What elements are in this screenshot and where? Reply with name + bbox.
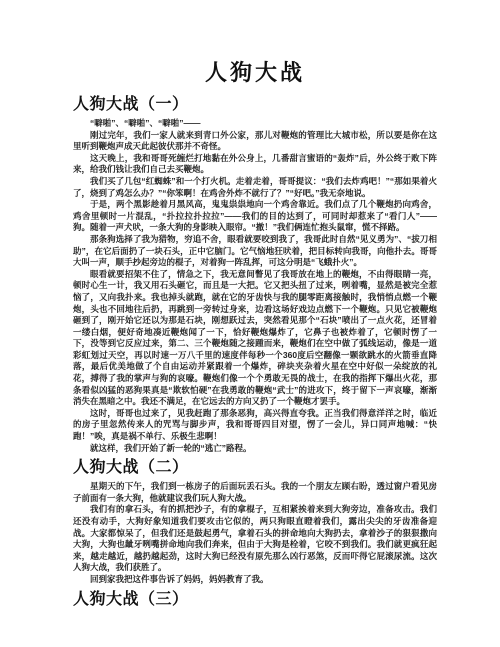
section-2-heading: 人狗大战（二） — [73, 459, 437, 477]
section-3: 人狗大战（三） — [73, 591, 437, 609]
paragraph: 刚过完年，我们一家人就来到青口外公家，那儿对鞭炮的管理比大城市松，所以要是你在这… — [73, 130, 437, 153]
paragraph: 这时，哥哥也过来了，见我赶跑了那条恶狗，高兴得直夸我。正当我们得意洋洋之时，临近… — [73, 408, 437, 443]
paragraph: 于是，两个黑影趁着月黑风高，鬼鬼祟祟地向一个鸡舍靠近。我们点了几个鞭炮扔向鸡舍，… — [73, 199, 437, 234]
section-3-heading: 人狗大战（三） — [73, 591, 437, 609]
paragraph: “噼啪”、“噼啪”、“噼啪”—— — [73, 118, 437, 130]
paragraph: 星期天的下午，我们到一栋房子的后面玩丢石头。我的一个朋友左顾右盼，透过窗户看见房… — [73, 481, 437, 504]
document-page: 人狗大战 人狗大战（一） “噼啪”、“噼啪”、“噼啪”—— 刚过完年，我们一家人… — [0, 0, 500, 647]
paragraph: 就这样，我们开始了新一轮的“逃亡”路程。 — [73, 443, 437, 455]
paragraph: 回到家我把这件事告诉了妈妈，妈妈教育了我。 — [73, 574, 437, 586]
paragraph: 这天晚上，我和哥哥死缠烂打地黏在外公身上，几番甜言蜜语的“轰炸”后，外公终于败下… — [73, 153, 437, 176]
section-1: 人狗大战（一） “噼啪”、“噼啪”、“噼啪”—— 刚过完年，我们一家人就来到青口… — [73, 96, 437, 454]
paragraph: 我们有的拿石头，有的抓把沙子，有的拿棍子，互相紧挨着来到大狗旁边，准备攻击。我们… — [73, 504, 437, 574]
paragraph: 我们买了几包“红蜘蛛”和一个打火机。走着走着，哥哥提议：“我们去炸鸡吧！”“那如… — [73, 176, 437, 199]
section-2: 人狗大战（二） 星期天的下午，我们到一栋房子的后面玩丢石头。我的一个朋友左顾右盼… — [73, 459, 437, 585]
document-title: 人狗大战 — [73, 60, 437, 86]
paragraph: 那条狗选择了我为猎物，穷追不舍，眼看就要咬到我了，我哥此时自然“见义勇为”、“拔… — [73, 234, 437, 269]
paragraph: 眼看就要招架不住了，情急之下，我无意间瞥见了我哥放在地上的鞭炮，不由得眼睛一亮，… — [73, 269, 437, 408]
section-1-heading: 人狗大战（一） — [73, 96, 437, 114]
